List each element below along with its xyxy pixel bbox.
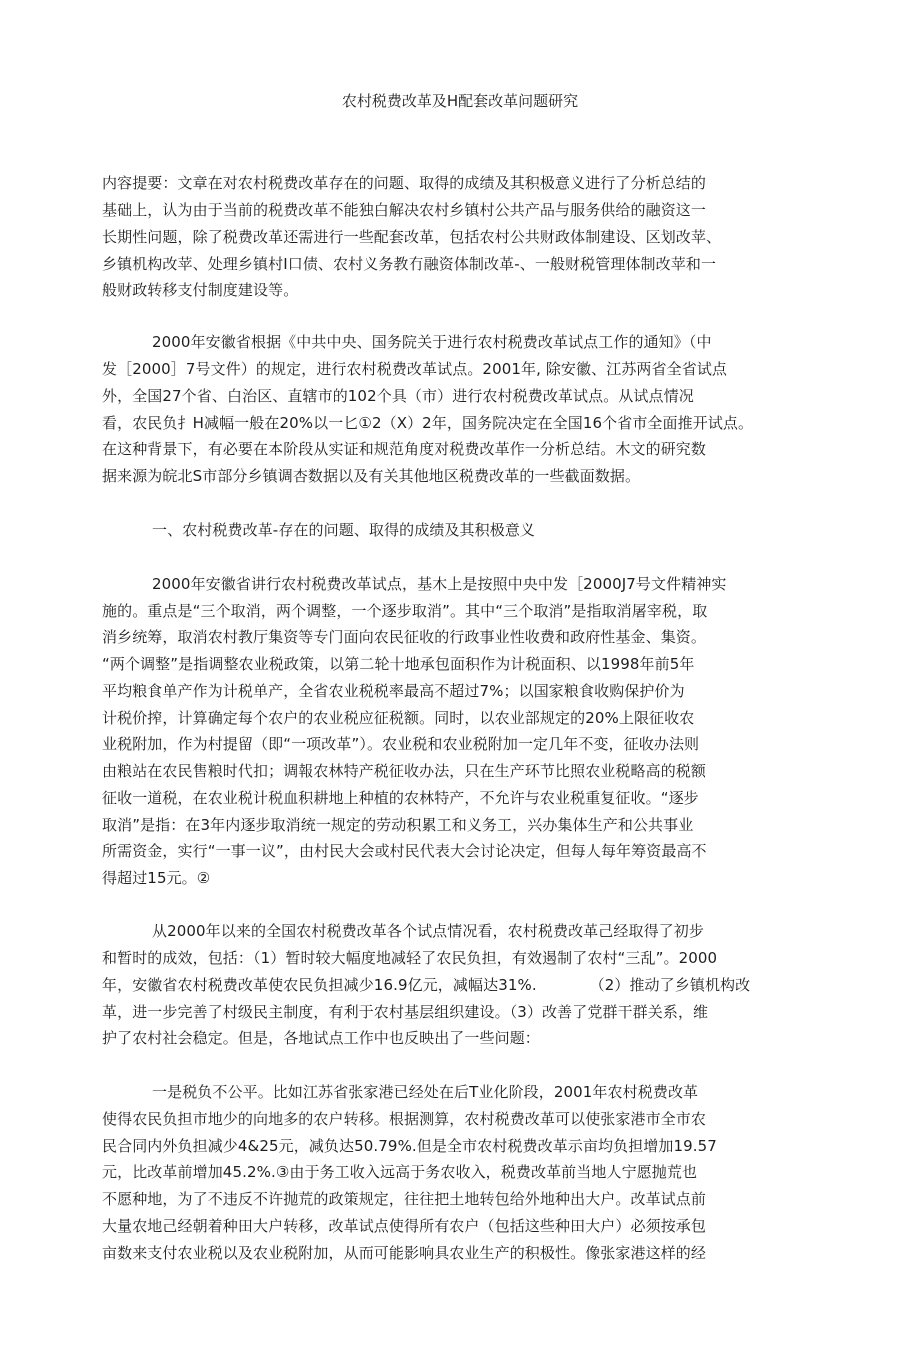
document-title: 农村税费改革及H配套改革问题研究	[0, 91, 920, 111]
paragraph-line: 在这种背景下，有必要在本阶段从实证和规范角度对税费改革作一分析总结。木文的研究数	[102, 439, 706, 459]
abstract-line: 长期性问题，除了税费改革还需进行一些配套改革，包括农村公共财政体制建设、区划改苹…	[102, 227, 721, 247]
paragraph-line: “两个调整”是指调整农业税政策，以第二轮十地承包面积作为计税面积、以1998年前…	[102, 654, 694, 674]
paragraph-line: 民合同内外负担减少4&25元，减负达50.79%.但是全市农村税费改革示亩均负担…	[102, 1136, 717, 1156]
paragraph-line: 发［2000］7号文件）的规定，进行农村税费改革试点。2001年, 除安徽、江苏…	[102, 359, 727, 379]
paragraph-line: 护了农村社会稳定。但是，各地试点工作中也反映出了一些问题：	[102, 1028, 540, 1048]
paragraph-line: 革，进一步完善了村级民主制度，有利于农村基层组织建设。（3）改善了党群干群关系，…	[102, 1002, 708, 1022]
abstract-line: 基础上，认为由于当前的税费改革不能独白解决农村乡镇村公共产品与服务供给的融资这一	[102, 200, 706, 220]
paragraph-line: 计税价搾，计算确定每个农户的农业税应征税额。同时，以农业部规定的20%上限征收农	[102, 708, 694, 728]
paragraph-line: 和暂时的成效，包括：（1）暂时较大幅度地减轻了农民负担，有效遏制了农村“三乱”。…	[102, 948, 717, 968]
paragraph-line: 外，全国27个省、白治区、直辖市的102个具（市）进行农村税费改革试点。从试点情…	[102, 386, 694, 406]
abstract-line: 内容提要：文章在对农村税费改革存在的问题、取得的成绩及其积极意义进行了分析总结的	[102, 173, 706, 193]
paragraph-line: 年，安徽省农村税费改革使农民负担减少16.9亿元，减幅达31%. （2）推动了乡…	[102, 975, 750, 995]
paragraph-line: 不愿种地，为了不违反不许抛荒的政策规定，往往把土地转包给外地种出大户。改革试点前	[102, 1189, 706, 1209]
paragraph-line: 大量农地己经朝着种田大户转移，改革试点使得所有农户（包括这些种田大户）必须按承包	[102, 1216, 706, 1236]
paragraph-line: 平均粮食单产作为计税单产，全省农业税税率最高不超过7%；以国家粮食收购保护价为	[102, 681, 685, 701]
paragraph-line: 从2000年以来的全国农村税费改革各个试点情况看，农村税费改革己经取得了初步	[152, 921, 704, 941]
paragraph-line: 亩数来支付农业税以及农业税附加，从而可能影响具农业生产的积极性。像张家港这样的经	[102, 1243, 706, 1263]
paragraph-line: 取消”是指：在3年内逐步取消统一规定的劳动积累工和义务工，兴办集体生产和公共事业	[102, 815, 693, 835]
abstract-line: 乡镇机构改苹、处理乡镇村I口债、农村义务教冇融资体制改革-、一般财税管理体制改苹…	[102, 254, 716, 274]
paragraph-line: 一是税负不公平。比如江苏省张家港已经处在后T业化阶段，2001年农村税费改革	[152, 1082, 698, 1102]
paragraph-line: 征收一道税，在农业税计税血积耕地上种植的农林特产，不允许与农业税重复征收。“逐步	[102, 788, 699, 808]
paragraph-line: 施的。重点是“三个取消，两个调整，一个逐步取消”。其中“三个取消”是指取消屠宰税…	[102, 601, 707, 621]
paragraph-line: 业税附加，作为村提留（即“一项改革”）。农业税和农业税附加一定几年不变，征收办法…	[102, 734, 699, 754]
paragraph-line: 看，农民负扌H减幅一般在20%以一匕①2（X）2年，国务院决定在全国16个省市全…	[102, 413, 753, 433]
paragraph-line: 元，比改革前增加45.2%.③由于务工收入远高于务农收入，税费改革前当地人宁愿抛…	[102, 1162, 697, 1182]
paragraph-line: 消乡统筹，取消农村教厅集资等专门面向农民征收的行政事业性收费和政府性基金、集资。	[102, 627, 706, 647]
paragraph-line: 得超过15元。②	[102, 868, 210, 888]
section-heading: 一、农村税费改革-存在的问题、取得的成绩及其积极意义	[152, 520, 535, 540]
paragraph-line: 2000年安徽省讲行农村税费改革试点，基木上是按照中央中发［2000J7号文件精…	[152, 574, 727, 594]
paragraph-line: 所需资金，实行“一事一议”，由村民大会或村民代表大会讨论决定，但每人每年筹资最高…	[102, 841, 707, 861]
abstract-line: 般财政转移支付制度建设等。	[102, 280, 298, 300]
paragraph-line: 由粮站在农民售粮时代扣；调報农林特产税征收办法，只在生产环节比照农业税略高的税额	[102, 761, 706, 781]
paragraph-line: 2000年安徽省根据《中共中央、国务院关于进行农村税费改革试点工作的通知》（中	[152, 332, 712, 352]
paragraph-line: 据来源为皖北S市部分乡镇调杏数据以及有关其他地区税费改革的一些截面数据。	[102, 466, 640, 486]
paragraph-line: 使得农民负担市地少的向地多的农户转移。根据测算，农村税费改革可以使张家港市全市农	[102, 1109, 706, 1129]
